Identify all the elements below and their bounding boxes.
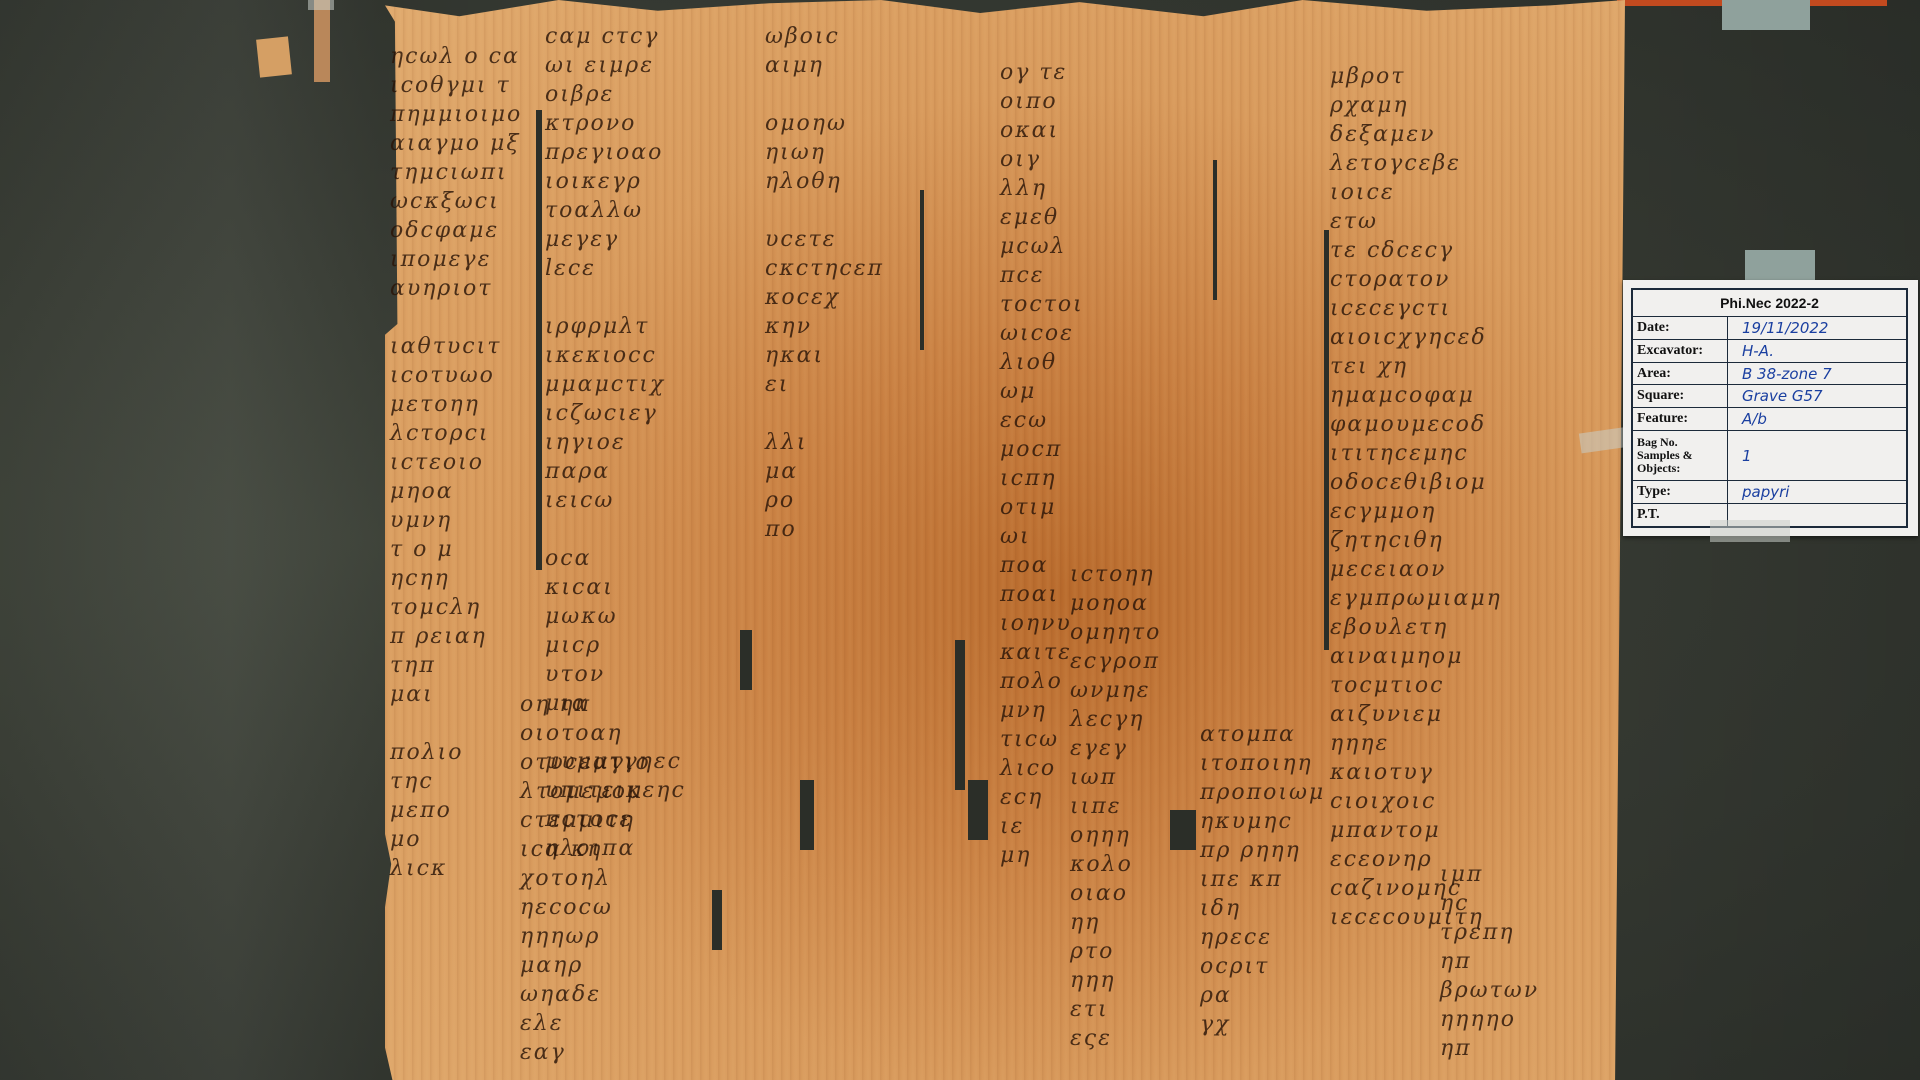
label-value-bag-no: 1 bbox=[1728, 431, 1908, 481]
tape-piece bbox=[1745, 250, 1815, 280]
papyrus-crack bbox=[920, 190, 924, 350]
papyrus-text-column-9: ιμπ ηc τρεπη ηπ βρωτων ηηηηο ηπ bbox=[1440, 860, 1539, 1063]
papyrus-text-column-3: ωβοιc αιμη ομoηω ηιωη ηλοθη υcετε cκcτηc… bbox=[765, 22, 884, 544]
label-value-square: Grave G57 bbox=[1728, 385, 1908, 408]
label-key-feature: Feature: bbox=[1632, 408, 1728, 431]
label-key-date: Date: bbox=[1632, 316, 1728, 339]
papyrus-text-column-1: ηcωλ ο cα ιcοθγμι τ πημμιοιμο αιαγμο μξ … bbox=[390, 42, 522, 883]
label-key-type: Type: bbox=[1632, 481, 1728, 504]
label-value-area: B 38-zone 7 bbox=[1728, 362, 1908, 385]
papyrus-hole bbox=[955, 640, 965, 790]
papyrus-hole bbox=[800, 780, 814, 850]
label-value-type: papyri bbox=[1728, 481, 1908, 504]
tape-piece bbox=[1710, 520, 1790, 542]
tape-piece bbox=[308, 0, 334, 10]
papyrus-text-column-8: ατομπα ιτοποιηη προποιωμ ηκυμηc πρ ρηηη … bbox=[1200, 720, 1325, 1039]
tape-piece bbox=[1722, 0, 1810, 30]
label-value-feature: A/b bbox=[1728, 408, 1908, 431]
papyrus-crack bbox=[1324, 230, 1329, 650]
label-key-square: Square: bbox=[1632, 385, 1728, 408]
label-key-bag-no: Bag No. Samples & Objects: bbox=[1632, 431, 1728, 481]
papyrus-hole bbox=[1170, 810, 1196, 850]
papyrus-text-column-7: ιcτοηη μοηοα ομηητο εcγροπ ωνμηε λεcγη ε… bbox=[1070, 560, 1161, 1053]
label-table: Phi.Nec 2022-2 Date:19/11/2022 Excavator… bbox=[1631, 288, 1908, 528]
papyrus-fragment-strip bbox=[314, 0, 330, 82]
label-key-area: Area: bbox=[1632, 362, 1728, 385]
papyrus-fragment-small bbox=[256, 36, 292, 77]
papyrus-hole bbox=[740, 630, 752, 690]
papyrus-hole bbox=[712, 890, 722, 950]
papyrus-text-column-6: οη ηπ οιοτοαη οτυcεαγιο λτομεμομ cτεμμιτ… bbox=[520, 690, 651, 1067]
find-label-card: Phi.Nec 2022-2 Date:19/11/2022 Excavator… bbox=[1623, 280, 1918, 536]
papyrus-crack bbox=[1213, 160, 1217, 300]
label-value-excavator: H-A. bbox=[1728, 339, 1908, 362]
label-value-date: 19/11/2022 bbox=[1728, 316, 1908, 339]
papyrus-crack bbox=[536, 110, 542, 570]
label-key-excavator: Excavator: bbox=[1632, 339, 1728, 362]
papyrus-hole bbox=[968, 780, 988, 840]
papyrus-text-column-5: μβροτ ρχαμη δεξαμεν λετογcεβε ιοιcε ετω … bbox=[1330, 62, 1502, 932]
label-title: Phi.Nec 2022-2 bbox=[1632, 289, 1907, 316]
